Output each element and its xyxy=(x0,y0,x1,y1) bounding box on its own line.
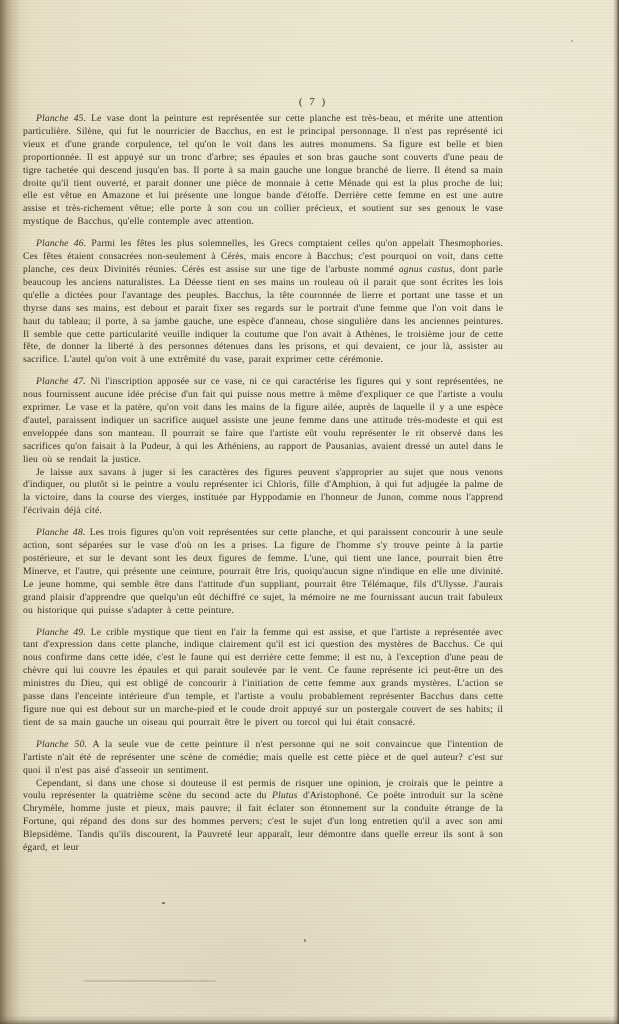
ink-speck xyxy=(208,320,210,322)
page-bottom-edge xyxy=(0,1015,619,1024)
body-text: , dont parle beaucoup les anciens natura… xyxy=(23,264,503,365)
page-number: ( 7 ) xyxy=(273,96,353,108)
italic-text: Planche 47. xyxy=(36,376,86,387)
body-text: Je laisse aux savans à juger si les cara… xyxy=(23,467,503,517)
planche-48: Planche 48. Les trois figures qu'on voit… xyxy=(23,527,503,617)
ink-speck xyxy=(162,902,165,904)
italic-text: Planche 50. xyxy=(36,739,87,750)
book-page-scan: ( 7 ) Planche 45. Le vase dont la peintu… xyxy=(0,0,619,1024)
body-text: Ni l'inscription apposée sur ce vase, ni… xyxy=(23,376,503,464)
body-text: Les trois figures qu'on voit représentée… xyxy=(23,527,503,615)
body-text: Le vase dont la peinture est représentée… xyxy=(23,113,503,227)
planche-47-suite: Je laisse aux savans à juger si les cara… xyxy=(23,467,503,519)
planche-46: Planche 46. Parmi les fêtes les plus sol… xyxy=(23,238,503,367)
ink-speck xyxy=(304,939,306,942)
paper-smudge xyxy=(84,980,216,982)
page-binding-shadow xyxy=(0,0,20,1024)
ink-speck xyxy=(571,40,573,42)
italic-text: Plutus xyxy=(272,790,297,801)
planche-47: Planche 47. Ni l'inscription apposée sur… xyxy=(23,376,503,466)
italic-text: Planche 45. xyxy=(36,113,86,124)
planche-50-suite: Cependant, si dans une chose si douteuse… xyxy=(23,778,503,855)
planche-50: Planche 50. A la seule vue de cette pein… xyxy=(23,739,503,778)
page-right-edge xyxy=(613,0,619,1024)
italic-text: Planche 49. xyxy=(36,627,86,638)
planche-45: Planche 45. Le vase dont la peinture est… xyxy=(23,113,503,229)
body-text: Le crible mystique que tient en l'air la… xyxy=(23,627,503,728)
italic-text: agnus castus xyxy=(399,264,453,275)
body-text: A la seule vue de cette peinture il n'es… xyxy=(23,739,503,776)
page-top-edge xyxy=(0,0,619,7)
italic-text: Planche 48. xyxy=(36,527,85,538)
text-block: Planche 45. Le vase dont la peinture est… xyxy=(23,113,503,855)
italic-text: Planche 46. xyxy=(36,238,86,249)
planche-49: Planche 49. Le crible mystique que tient… xyxy=(23,627,503,730)
